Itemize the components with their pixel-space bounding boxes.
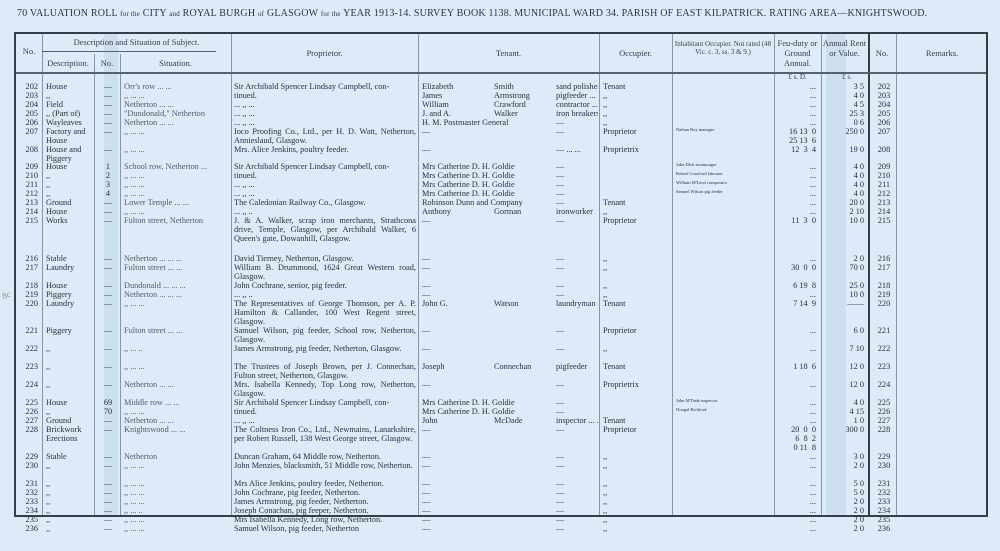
- proprietor: ... ,, ...: [234, 109, 416, 118]
- inhabitant-occupier: Dougal Richford: [676, 407, 771, 412]
- situation: Netherton ... ... ...: [124, 254, 229, 263]
- tenant-first-name: —: [422, 145, 492, 154]
- occupier: ,,: [603, 506, 671, 515]
- proprietor: Mrs. Alice Jenkins, poultry feeder.: [234, 145, 416, 154]
- entry-number: 208: [18, 145, 38, 154]
- description: ,,: [46, 515, 94, 524]
- entry-number-right: 234: [874, 506, 894, 515]
- entry-number: 222: [18, 344, 38, 353]
- feu-duty: ...: [776, 198, 816, 207]
- tenant-occupation: —: [556, 180, 598, 189]
- sub-number: —: [99, 127, 117, 136]
- col-divider: [42, 34, 43, 515]
- occupier: Proprietrix: [603, 145, 671, 154]
- tenant-first-name: William: [422, 100, 492, 109]
- sub-number: —: [99, 416, 117, 425]
- tenant-occupation: —: [556, 254, 598, 263]
- tenant-first-name: Mrs Catherine D. H. Goldie: [422, 180, 492, 189]
- tenant-first-name: —: [422, 488, 492, 497]
- feu-duty: 1 18 6: [776, 362, 816, 371]
- situation: Lower Temple ... ...: [124, 198, 229, 207]
- proprietor: ... ,, ...: [234, 118, 416, 127]
- sub-number: —: [99, 344, 117, 353]
- description: Stable: [46, 254, 94, 263]
- feu-duty: ...: [776, 479, 816, 488]
- header-no: No.: [16, 46, 42, 56]
- col-divider: [821, 34, 822, 515]
- annual-value: 2 0: [824, 497, 864, 506]
- tenant-first-name: J. and A.: [422, 109, 492, 118]
- title-word: and: [169, 10, 180, 18]
- sub-number: —: [99, 263, 117, 272]
- situation: ,, ... ...: [124, 461, 229, 470]
- occupier: ,,: [603, 254, 671, 263]
- entry-number: 211: [18, 180, 38, 189]
- title-city: CITY: [143, 8, 167, 19]
- inhabitant-occupier: Nathan Roy manager: [676, 127, 771, 132]
- feu-duty: ...: [776, 100, 816, 109]
- sub-number: —: [99, 497, 117, 506]
- feu-duty: ...: [776, 82, 816, 91]
- proprietor: The Coltness Iron Co., Ltd., Newmains, L…: [234, 425, 416, 443]
- description: Stable: [46, 452, 94, 461]
- entry-number: 207: [18, 127, 38, 136]
- annual-value: 3 0: [824, 452, 864, 461]
- situation: ,, ... ...: [124, 91, 229, 100]
- feu-duty: 11 3 0: [776, 216, 816, 225]
- annual-value: 250 0: [824, 127, 864, 136]
- entry-number: 220: [18, 299, 38, 308]
- situation: ,, ... ...: [124, 171, 229, 180]
- feu-duty: ...: [776, 344, 816, 353]
- entry-number: 233: [18, 497, 38, 506]
- description: ,,: [46, 180, 94, 189]
- annual-value: 4 0: [824, 171, 864, 180]
- tenant-first-name: —: [422, 515, 492, 524]
- feu-duty: ...: [776, 207, 816, 216]
- annual-value: 12 0: [824, 380, 864, 389]
- annual-value: 300 0: [824, 425, 864, 434]
- situation: ,, ... ...: [124, 515, 229, 524]
- entry-number: 236: [18, 524, 38, 533]
- feu-duty: ...: [776, 118, 816, 127]
- sub-number: 69: [99, 398, 117, 407]
- proprietor: ... ,, ...: [234, 189, 416, 198]
- tenant-occupation: —: [556, 118, 598, 127]
- col-divider: [896, 34, 897, 515]
- entry-number-right: 214: [874, 207, 894, 216]
- tenant-occupation: laundryman ... ...: [556, 299, 598, 308]
- situation: ,, ... ...: [124, 524, 229, 533]
- proprietor: ... ,, ..: [234, 207, 416, 216]
- entry-number: 210: [18, 171, 38, 180]
- sub-number: —: [99, 254, 117, 263]
- tenant-first-name: —: [422, 452, 492, 461]
- occupier: ,,: [603, 100, 671, 109]
- annual-value: 70 0: [824, 263, 864, 272]
- entry-number: 235: [18, 515, 38, 524]
- proprietor: Mrs. Isabella Kennedy, Top Long row, Net…: [234, 380, 416, 398]
- tenant-occupation: —: [556, 497, 598, 506]
- entry-number-right: 233: [874, 497, 894, 506]
- occupier: Tenant: [603, 82, 671, 91]
- occupier: Proprietor: [603, 216, 671, 225]
- annual-value: 7 10: [824, 344, 864, 353]
- situation: Middle row ... ...: [124, 398, 229, 407]
- situation: ,, ... ..: [124, 344, 229, 353]
- description: ,,: [46, 91, 94, 100]
- proprietor: ... ,, ...: [234, 416, 416, 425]
- proprietor: Mrs Alice Jenkins, poultry feeder, Nethe…: [234, 479, 416, 488]
- tenant-occupation: —: [556, 281, 598, 290]
- entry-number-right: 225: [874, 398, 894, 407]
- tenant-first-name: John: [422, 416, 492, 425]
- sub-number: 1: [99, 162, 117, 171]
- annual-value: 19 0: [824, 145, 864, 154]
- tenant-occupation: —: [556, 515, 598, 524]
- tenant-occupation: pigfeeder: [556, 362, 598, 371]
- feu-duty: ...: [776, 506, 816, 515]
- tenant-occupation: contractor ... ...: [556, 100, 598, 109]
- proprietor: Sir Archibald Spencer Lindsay Campbell, …: [234, 162, 416, 171]
- header-occupier: Occupier.: [599, 48, 672, 58]
- entry-number-right: 224: [874, 380, 894, 389]
- title-roll: 70 VALUATION ROLL: [17, 8, 117, 19]
- entry-number: 223: [18, 362, 38, 371]
- tenant-first-name: —: [422, 216, 492, 225]
- entry-number-right: 235: [874, 515, 894, 524]
- sub-number: 3: [99, 180, 117, 189]
- description: ,,: [46, 362, 94, 371]
- description: House: [46, 162, 94, 171]
- tenant-first-name: —: [422, 479, 492, 488]
- occupier: ,,: [603, 488, 671, 497]
- inhabitant-occupier: William M'Leod compositor: [676, 180, 771, 185]
- entry-number-right: 211: [874, 180, 894, 189]
- feu-duty: ...: [776, 380, 816, 389]
- feu-duty: ...: [776, 497, 816, 506]
- tenant-first-name: —: [422, 380, 492, 389]
- annual-value: 4 0: [824, 180, 864, 189]
- entry-number: 213: [18, 198, 38, 207]
- tenant-occupation: iron breakers ... ...: [556, 109, 598, 118]
- annual-value: 2 0: [824, 461, 864, 470]
- annual-value: 10 0: [824, 216, 864, 225]
- tenant-occupation: —: [556, 189, 598, 198]
- sub-number: —: [99, 488, 117, 497]
- annual-units: £ s.: [828, 73, 866, 81]
- entry-number: 216: [18, 254, 38, 263]
- entry-number: 218: [18, 281, 38, 290]
- entry-number: 226: [18, 407, 38, 416]
- entry-number-right: 203: [874, 91, 894, 100]
- description: ,,: [46, 461, 94, 470]
- annual-value: 2 0: [824, 254, 864, 263]
- situation: ,, ... ...: [124, 180, 229, 189]
- annual-value: 25 0: [824, 281, 864, 290]
- annual-value: 2 10: [824, 207, 864, 216]
- proprietor: Sir Archibald Spencer Lindsay Campbell, …: [234, 82, 416, 91]
- inhabitant-occupier: John M'Dade inspector: [676, 398, 771, 403]
- sub-number: —: [99, 380, 117, 389]
- sub-number: —: [99, 290, 117, 299]
- header-inhabitant-occupier: Inhabitant Occupier. Not rated (48 Vic. …: [674, 40, 772, 56]
- sub-number: —: [99, 216, 117, 225]
- tenant-occupation: —: [556, 488, 598, 497]
- tenant-occupation: —: [556, 162, 598, 171]
- tenant-occupation: ironworker: [556, 207, 598, 216]
- feu-duty: ...: [776, 515, 816, 524]
- feu-duty: ...: [776, 290, 816, 299]
- situation: ,, ... ...: [124, 207, 229, 216]
- entry-number: 232: [18, 488, 38, 497]
- tenant-occupation: —: [556, 216, 598, 225]
- annual-value: 2 0: [824, 515, 864, 524]
- tenant-occupation: —: [556, 263, 598, 272]
- situation: ,, ... ...: [124, 362, 229, 371]
- entry-number: 206: [18, 118, 38, 127]
- title-details: YEAR 1913-14. SURVEY BOOK 1138. MUNICIPA…: [343, 8, 927, 19]
- entry-number: 224: [18, 380, 38, 389]
- sub-number: —: [99, 91, 117, 100]
- annual-value: 12 0: [824, 362, 864, 371]
- feu-duty: ...: [776, 452, 816, 461]
- occupier: ,,: [603, 452, 671, 461]
- tenant-first-name: H. M. Postmaster General: [422, 118, 492, 127]
- annual-value: 6 0: [824, 326, 864, 335]
- situation: Fulton street, Netherton: [124, 216, 229, 225]
- tenant-first-name: —: [422, 344, 492, 353]
- entry-number-right: 232: [874, 488, 894, 497]
- tenant-first-name: Mrs Catherine D. H. Goldie: [422, 407, 492, 416]
- tenant-first-name: Mrs Catherine D. H. Goldie: [422, 189, 492, 198]
- occupier: ,,: [603, 207, 671, 216]
- proprietor: ... ,, ...: [234, 180, 416, 189]
- feu-duty: ...: [776, 398, 816, 407]
- occupier: ,,: [603, 515, 671, 524]
- title-burgh: ROYAL BURGH: [183, 8, 256, 19]
- feu-duty: ...: [776, 91, 816, 100]
- tenant-occupation: —: [556, 461, 598, 470]
- header-sub-no: No.: [94, 58, 120, 68]
- proprietor: John Cochrane, pig feeder, Netherton.: [234, 488, 416, 497]
- tenant-occupation: —: [556, 452, 598, 461]
- feu-units: £ s. D.: [776, 73, 819, 81]
- situation: ,, ... ...: [124, 127, 229, 136]
- proprietor: Samuel Wilson, pig feeder, School row, N…: [234, 326, 416, 344]
- situation: ,, ... ...: [124, 497, 229, 506]
- annual-value: 25 3: [824, 109, 864, 118]
- tenant-occupation: —: [556, 425, 598, 434]
- description: Piggery: [46, 326, 94, 335]
- col-divider: [231, 34, 232, 515]
- occupier: ,,: [603, 118, 671, 127]
- tenant-occupation: —: [556, 524, 598, 533]
- entry-number-right: 229: [874, 452, 894, 461]
- situation: Orr's row ... ...: [124, 82, 229, 91]
- feu-duty: 7 14 9: [776, 299, 816, 308]
- sub-number: —: [99, 506, 117, 515]
- description: Works: [46, 216, 94, 225]
- col-divider: [120, 54, 121, 515]
- situation: ,, ... ...: [124, 145, 229, 154]
- situation: Netherton ... ... ...: [124, 290, 229, 299]
- occupier: Proprietor: [603, 127, 671, 136]
- tenant-first-name: —: [422, 506, 492, 515]
- occupier: Tenant: [603, 362, 671, 371]
- sub-number: —: [99, 452, 117, 461]
- feu-duty: 6 19 8: [776, 281, 816, 290]
- proprietor: The Trustees of Joseph Brown, per J. Con…: [234, 362, 416, 380]
- entry-number-right: 212: [874, 189, 894, 198]
- tenant-first-name: Mrs Catherine D. H. Goldie: [422, 171, 492, 180]
- feu-duty: ...: [776, 254, 816, 263]
- page-title: 70 VALUATION ROLL for the CITY and ROYAL…: [17, 8, 927, 19]
- sub-number: —: [99, 198, 117, 207]
- title-word: for the: [321, 10, 341, 18]
- description: Ground: [46, 198, 94, 207]
- annual-value: 4 0: [824, 398, 864, 407]
- annual-value: 10 0: [824, 290, 864, 299]
- tenant-surname: Gorman: [494, 207, 552, 216]
- description: Wayleaves: [46, 118, 94, 127]
- occupier: ,,: [603, 461, 671, 470]
- sub-number: —: [99, 281, 117, 290]
- annual-value: 3 5: [824, 82, 864, 91]
- margin-annotation: 8c: [1, 289, 12, 301]
- entry-number-right: 226: [874, 407, 894, 416]
- occupier: ,,: [603, 344, 671, 353]
- situation: Netherton ... ...: [124, 380, 229, 389]
- proprietor: John Cochrane, senior, pig feeder.: [234, 281, 416, 290]
- entry-number-right: 221: [874, 326, 894, 335]
- tenant-occupation: —: [556, 506, 598, 515]
- description: ,,: [46, 189, 94, 198]
- tenant-occupation: —: [556, 198, 598, 207]
- occupier: Proprietrix: [603, 380, 671, 389]
- situation: ,, ... ...: [124, 407, 229, 416]
- tenant-first-name: —: [422, 425, 492, 434]
- col-divider: [672, 34, 673, 515]
- header-situation: Situation.: [120, 58, 231, 68]
- feu-duty: ...: [776, 189, 816, 198]
- sub-number: —: [99, 326, 117, 335]
- description: ,,: [46, 407, 94, 416]
- sub-number: —: [99, 100, 117, 109]
- description: House: [46, 398, 94, 407]
- description: House: [46, 281, 94, 290]
- col-divider: [868, 34, 870, 515]
- entry-number-right: 217: [874, 263, 894, 272]
- proprietor: David Tierney, Netherton, Glasgow.: [234, 254, 416, 263]
- header-description: Description.: [42, 58, 94, 68]
- entry-number: 205: [18, 109, 38, 118]
- tenant-first-name: —: [422, 127, 492, 136]
- proprietor: ... ,, ..: [234, 290, 416, 299]
- sub-number: 4: [99, 189, 117, 198]
- situation: Netherton: [124, 452, 229, 461]
- feu-duty: ...: [776, 109, 816, 118]
- sub-number: —: [99, 479, 117, 488]
- entry-number: 212: [18, 189, 38, 198]
- situation: Netherton ... ...: [124, 416, 229, 425]
- tenant-first-name: —: [422, 461, 492, 470]
- description: ,,: [46, 524, 94, 533]
- description: Factory and House: [46, 127, 94, 145]
- entry-number-right: 207: [874, 127, 894, 136]
- header-no-right: No.: [868, 48, 896, 58]
- tenant-first-name: John G.: [422, 299, 492, 308]
- entry-number-right: 205: [874, 109, 894, 118]
- description: Ground: [46, 416, 94, 425]
- proprietor: Sir Archibald Spencer Lindsay Campbell, …: [234, 398, 416, 407]
- tenant-first-name: Robinson Dunn and Company: [422, 198, 492, 207]
- annual-value: 2 0: [824, 506, 864, 515]
- annual-value: ——: [824, 299, 864, 308]
- description: ,,: [46, 479, 94, 488]
- tenant-surname: Armstrong: [494, 91, 552, 100]
- situation: Netherton ... ...: [124, 100, 229, 109]
- valuation-table: No. Description and Situation of Subject…: [14, 32, 988, 517]
- entry-number-right: 230: [874, 461, 894, 470]
- entry-number: 228: [18, 425, 38, 434]
- tenant-surname: McDade: [494, 416, 552, 425]
- proprietor: The Representatives of George Thomson, p…: [234, 299, 416, 326]
- tenant-occupation: pigfeeder ... ...: [556, 91, 598, 100]
- description: Brickwork Erections: [46, 425, 94, 443]
- sub-number: —: [99, 82, 117, 91]
- entry-number-right: 219: [874, 290, 894, 299]
- proprietor: Ioco Proofing Co., Ltd., per H. D. Watt,…: [234, 127, 416, 145]
- annual-value: 4 0: [824, 162, 864, 171]
- entry-number-right: 215: [874, 216, 894, 225]
- description: ,,: [46, 488, 94, 497]
- feu-duty: 20 0 0 6 8 2 0 11 8: [776, 425, 816, 452]
- proprietor: J. & A. Walker, scrap iron merchants, St…: [234, 216, 416, 243]
- feu-duty: ...: [776, 416, 816, 425]
- occupier: Proprietor: [603, 326, 671, 335]
- entry-number: 204: [18, 100, 38, 109]
- tenant-surname: Smith: [494, 82, 552, 91]
- entry-number-right: 236: [874, 524, 894, 533]
- tenant-occupation: —: [556, 171, 598, 180]
- tenant-first-name: —: [422, 263, 492, 272]
- sub-number: —: [99, 109, 117, 118]
- description: ,,: [46, 497, 94, 506]
- sub-number: —: [99, 362, 117, 371]
- description: Laundry: [46, 263, 94, 272]
- entry-number-right: 228: [874, 425, 894, 434]
- situation: Netherton ... ...: [124, 118, 229, 127]
- sub-number: 70: [99, 407, 117, 416]
- tenant-first-name: —: [422, 254, 492, 263]
- situation: Knightswood ... ...: [124, 425, 229, 434]
- tenant-occupation: —: [556, 398, 598, 407]
- entry-number-right: 206: [874, 118, 894, 127]
- tenant-first-name: Mrs Catherine D. H. Goldie: [422, 162, 492, 171]
- occupier: ,,: [603, 479, 671, 488]
- tenant-first-name: Mrs Catherine D. H. Goldie: [422, 398, 492, 407]
- entry-number-right: 218: [874, 281, 894, 290]
- feu-duty: 16 13 0 25 13 6: [776, 127, 816, 145]
- tenant-first-name: —: [422, 497, 492, 506]
- description: ,,: [46, 344, 94, 353]
- col-divider: [418, 34, 419, 515]
- header-description-group: Description and Situation of Subject.: [42, 37, 231, 47]
- tenant-surname: Crawford: [494, 100, 552, 109]
- description: Laundry: [46, 299, 94, 308]
- entry-number: 229: [18, 452, 38, 461]
